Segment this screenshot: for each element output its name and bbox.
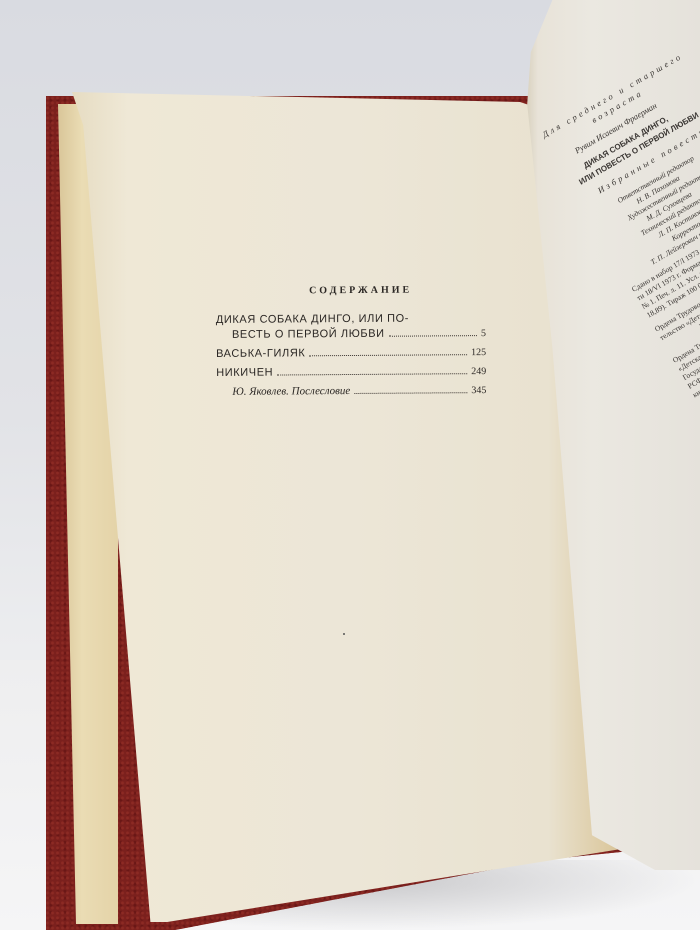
dot-leader (389, 335, 477, 337)
toc-entry-title: Ю. Яковлев. Послесловие (232, 384, 350, 400)
toc-entry: НИКИЧЕН 249 (216, 364, 486, 381)
dot-leader (354, 392, 467, 394)
paper-speck (343, 633, 345, 635)
toc-page-number: 345 (471, 383, 486, 398)
toc-entry: ВЕСТЬ О ПЕРВОЙ ЛЮБВИ 5 (216, 326, 486, 343)
toc-entry-title: ВАСЬКА-ГИЛЯК (216, 346, 305, 362)
toc-page-number: 5 (481, 326, 486, 341)
dot-leader (309, 354, 467, 356)
toc-entry-title: НИКИЧЕН (216, 366, 273, 381)
table-of-contents: СОДЕРЖАНИЕ ДИКАЯ СОБАКА ДИНГО, ИЛИ ПО- В… (216, 284, 487, 400)
toc-page-number: 125 (471, 345, 486, 360)
toc-page-number: 249 (471, 364, 486, 379)
toc-title: СОДЕРЖАНИЕ (236, 284, 486, 297)
toc-entry-title-line2: ВЕСТЬ О ПЕРВОЙ ЛЮБВИ (232, 327, 385, 343)
toc-entry: Ю. Яковлев. Послесловие 345 (216, 383, 486, 400)
toc-entry-title-line1: ДИКАЯ СОБАКА ДИНГО, ИЛИ ПО- (216, 312, 409, 328)
dot-leader (277, 373, 467, 375)
toc-entry: ВАСЬКА-ГИЛЯК 125 (216, 345, 486, 362)
